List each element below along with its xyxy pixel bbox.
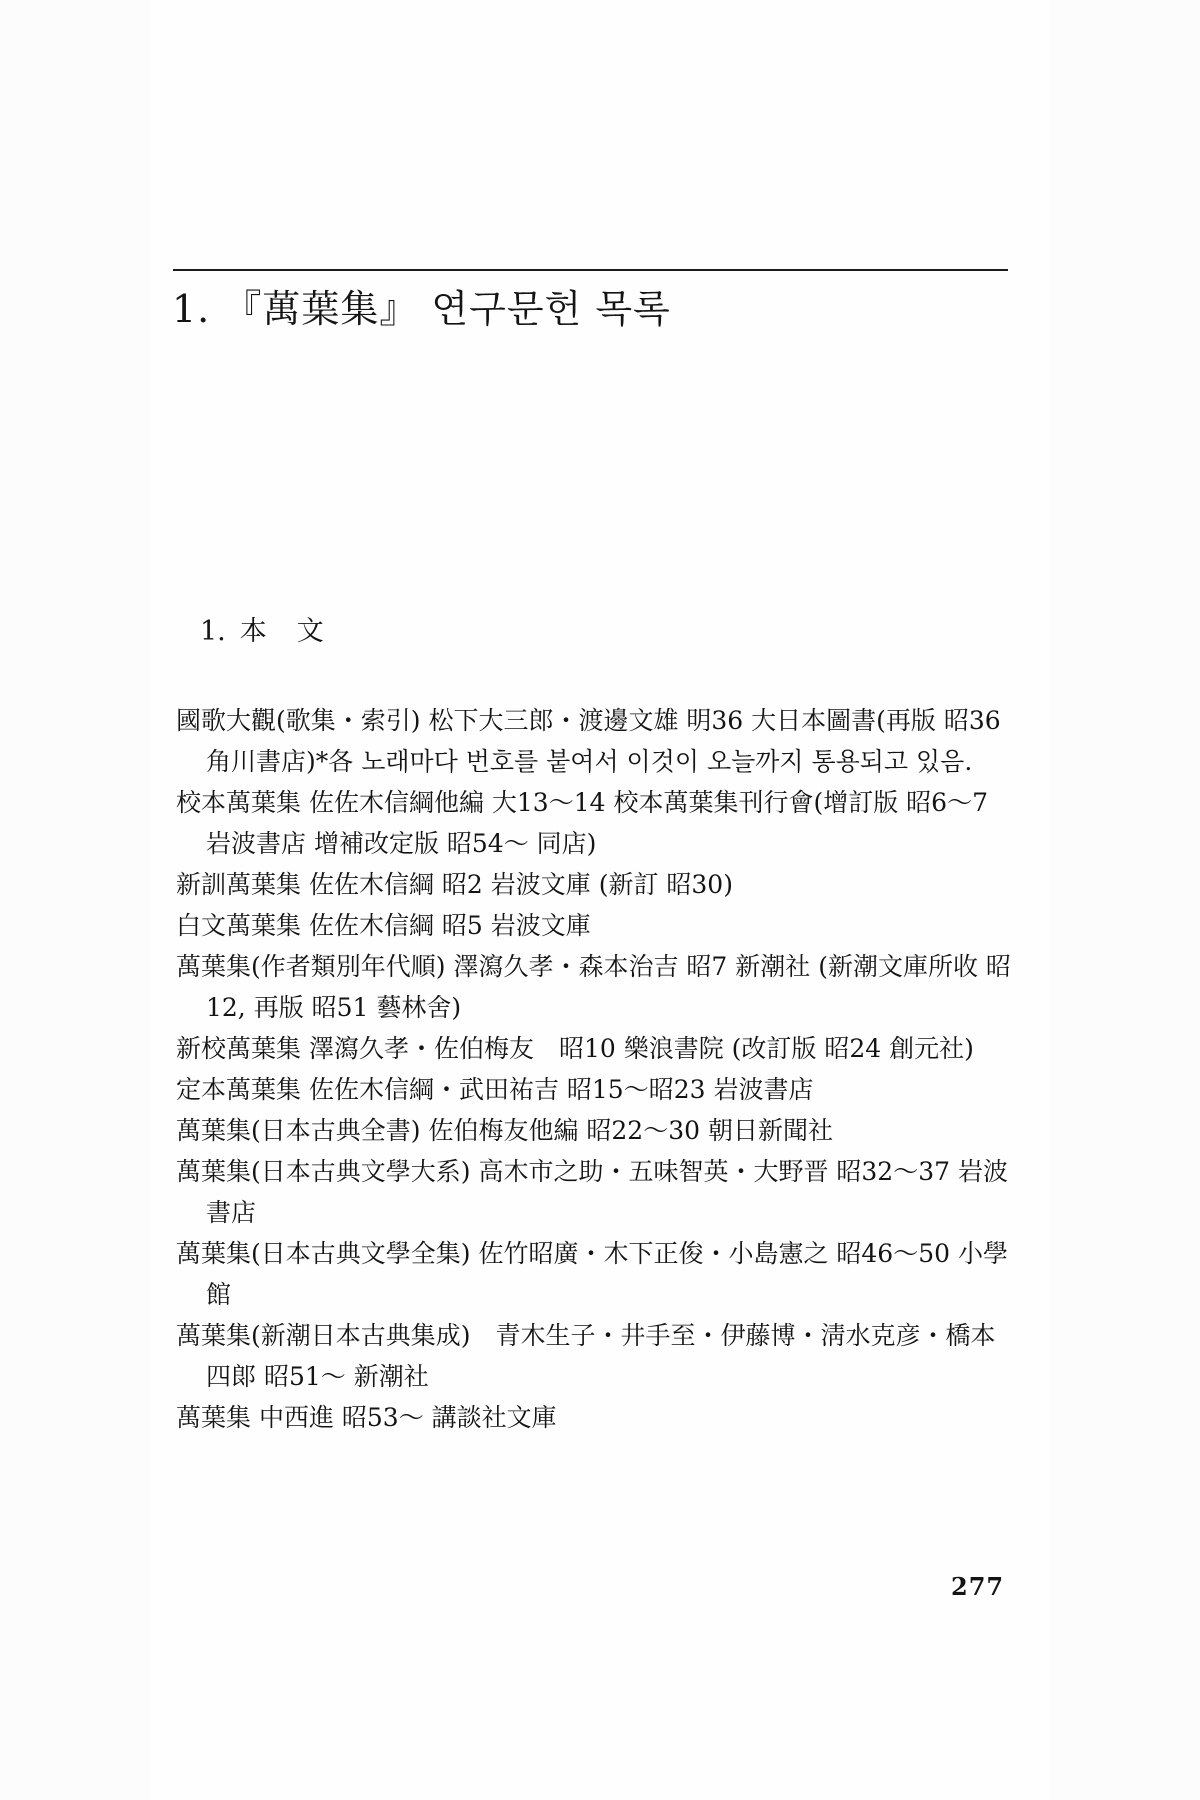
bibliography-entry: 萬葉集(作者類別年代順) 澤瀉久孝・森本治吉 昭7 新潮社 (新潮文庫所收 昭1… <box>176 946 1020 1028</box>
bibliography-entry: 定本萬葉集 佐佐木信綱・武田祐吉 昭15〜昭23 岩波書店 <box>176 1069 1020 1110</box>
bibliography-entry: 萬葉集(日本古典文學全集) 佐竹昭廣・木下正俊・小島憲之 昭46〜50 小學館 <box>176 1233 1020 1315</box>
section-heading: 1.本文 <box>200 612 324 652</box>
section-number: 1. <box>200 616 226 647</box>
bibliography-entry: 新校萬葉集 澤瀉久孝・佐伯梅友 昭10 樂浪書院 (改訂版 昭24 創元社) <box>176 1028 1020 1069</box>
bibliography-entry: 萬葉集 中西進 昭53〜 講談社文庫 <box>176 1397 1020 1438</box>
bibliography-entry: 新訓萬葉集 佐佐木信綱 昭2 岩波文庫 (新訂 昭30) <box>176 864 1020 905</box>
bibliography-list: 國歌大觀(歌集・索引) 松下大三郎・渡邊文雄 明36 大日本圖書(再版 昭36 … <box>176 700 1020 1438</box>
bibliography-entry: 萬葉集(日本古典全書) 佐伯梅友他編 昭22〜30 朝日新聞社 <box>176 1110 1020 1151</box>
bibliography-entry: 白文萬葉集 佐佐木信綱 昭5 岩波文庫 <box>176 905 1020 946</box>
bibliography-entry: 校本萬葉集 佐佐木信綱他編 大13〜14 校本萬葉集刊行會(增訂版 昭6〜7 岩… <box>176 782 1020 864</box>
section-title-char-2: 文 <box>297 616 324 647</box>
bibliography-entry: 國歌大觀(歌集・索引) 松下大三郎・渡邊文雄 明36 大日本圖書(再版 昭36 … <box>176 700 1020 782</box>
bibliography-entry: 萬葉集(新潮日本古典集成) 青木生子・井手至・伊藤博・淸水克彦・橋本四郞 昭51… <box>176 1315 1020 1397</box>
chapter-top-rule <box>173 269 1008 271</box>
chapter-title: 1. 『萬葉集』 연구문헌 목록 <box>172 284 671 334</box>
bibliography-entry: 萬葉集(日本古典文學大系) 高木市之助・五味智英・大野晋 昭32〜37 岩波書店 <box>176 1151 1020 1233</box>
section-title-char-1: 本 <box>240 616 267 647</box>
page-number: 277 <box>951 1572 1004 1601</box>
